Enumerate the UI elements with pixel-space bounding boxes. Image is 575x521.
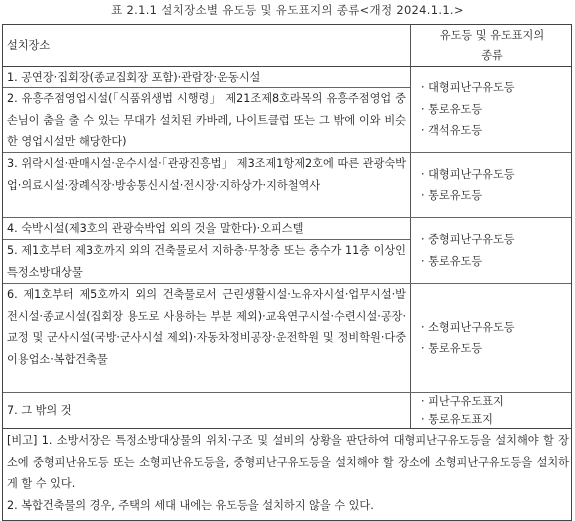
type-item: 객석유도등: [421, 120, 573, 142]
row-2-text: 2. 유흥주점영업시설(「식품위생법 시행령」 제21조제8호라목의 유흥주점영…: [7, 92, 406, 148]
row-7-text: 7. 그 밖의 것: [7, 400, 406, 422]
types-group-5: 피난구유도표지 통로유도표지: [410, 393, 573, 428]
header-location-label: 설치장소: [7, 35, 406, 57]
types-group-3: 중형피난구유도등 통로유도등: [410, 218, 573, 283]
table-row-5-location: 5. 제1호부터 제3호까지 외의 건축물로서 지하층·무창층 또는 층수가 1…: [3, 240, 410, 283]
table-row-4-location: 4. 숙박시설(제3호의 관광숙박업 외의 것을 말한다)·오피스텔: [3, 218, 410, 239]
type-item: 대형피난구유도등: [421, 164, 573, 186]
type-item: 피난구유도표지: [421, 393, 573, 411]
types-group-2: 대형피난구유도등 통로유도등: [410, 153, 573, 217]
row-6-text: 6. 제1호부터 제5호까지 외의 건축물로서 근린생활시설·노유자시설·업무시…: [7, 288, 406, 366]
table-title: 표 2.1.1 설치장소별 유도등 및 유도표지의 종류<개정 2024.1.1…: [0, 2, 575, 18]
type-item: 통로유도등: [421, 99, 573, 121]
type-item: 소형피난구유도등: [421, 317, 573, 339]
row-3-text: 3. 위락시설·판매시설·운수시설·「관광진흥법」 제3조제1항제2호에 따른 …: [7, 157, 406, 192]
header-types-line2: 종류: [411, 46, 573, 66]
types-group-4: 소형피난구유도등 통로유도등: [410, 284, 573, 392]
type-item: 대형피난구유도등: [421, 77, 573, 99]
type-item: 통로유도등: [421, 185, 573, 207]
table-row-7-location: 7. 그 밖의 것: [3, 393, 410, 428]
note-1: [비고] 1. 소방서장은 특정소방대상물의 위치·구조 및 설비의 상황을 판…: [7, 430, 569, 495]
installation-location-table: 설치장소 유도등 및 유도표지의 종류 1. 공연장·집회장(종교집회장 포함)…: [2, 24, 572, 521]
type-item: 통로유도등: [421, 338, 573, 360]
header-types: 유도등 및 유도표지의 종류: [410, 25, 573, 67]
notes-section: [비고] 1. 소방서장은 특정소방대상물의 위치·구조 및 설비의 상황을 판…: [3, 429, 573, 519]
types-group-1: 대형피난구유도등 통로유도등 객석유도등: [410, 67, 573, 152]
note-2: 2. 복합건축물의 경우, 주택의 세대 내에는 유도등을 설치하지 않을 수 …: [7, 495, 569, 517]
table-row-2-location: 2. 유흥주점영업시설(「식품위생법 시행령」 제21조제8호라목의 유흥주점영…: [3, 88, 410, 152]
type-item: 중형피난구유도등: [421, 229, 573, 251]
table-row-3-location: 3. 위락시설·판매시설·운수시설·「관광진흥법」 제3조제1항제2호에 따른 …: [3, 153, 410, 217]
type-item: 통로유도등: [421, 251, 573, 273]
row-1-text: 1. 공연장·집회장(종교집회장 포함)·관람장·운동시설: [7, 71, 260, 84]
row-4-text: 4. 숙박시설(제3호의 관광숙박업 외의 것을 말한다)·오피스텔: [7, 222, 303, 235]
row-5-text: 5. 제1호부터 제3호까지 외의 건축물로서 지하층·무창층 또는 층수가 1…: [7, 244, 406, 279]
table-row-1-location: 1. 공연장·집회장(종교집회장 포함)·관람장·운동시설: [3, 67, 410, 88]
type-item: 통로유도표지: [421, 411, 573, 429]
table-row-6-location: 6. 제1호부터 제5호까지 외의 건축물로서 근린생활시설·노유자시설·업무시…: [3, 284, 410, 392]
header-types-line1: 유도등 및 유도표지의: [411, 26, 573, 46]
header-location: 설치장소: [3, 25, 410, 67]
